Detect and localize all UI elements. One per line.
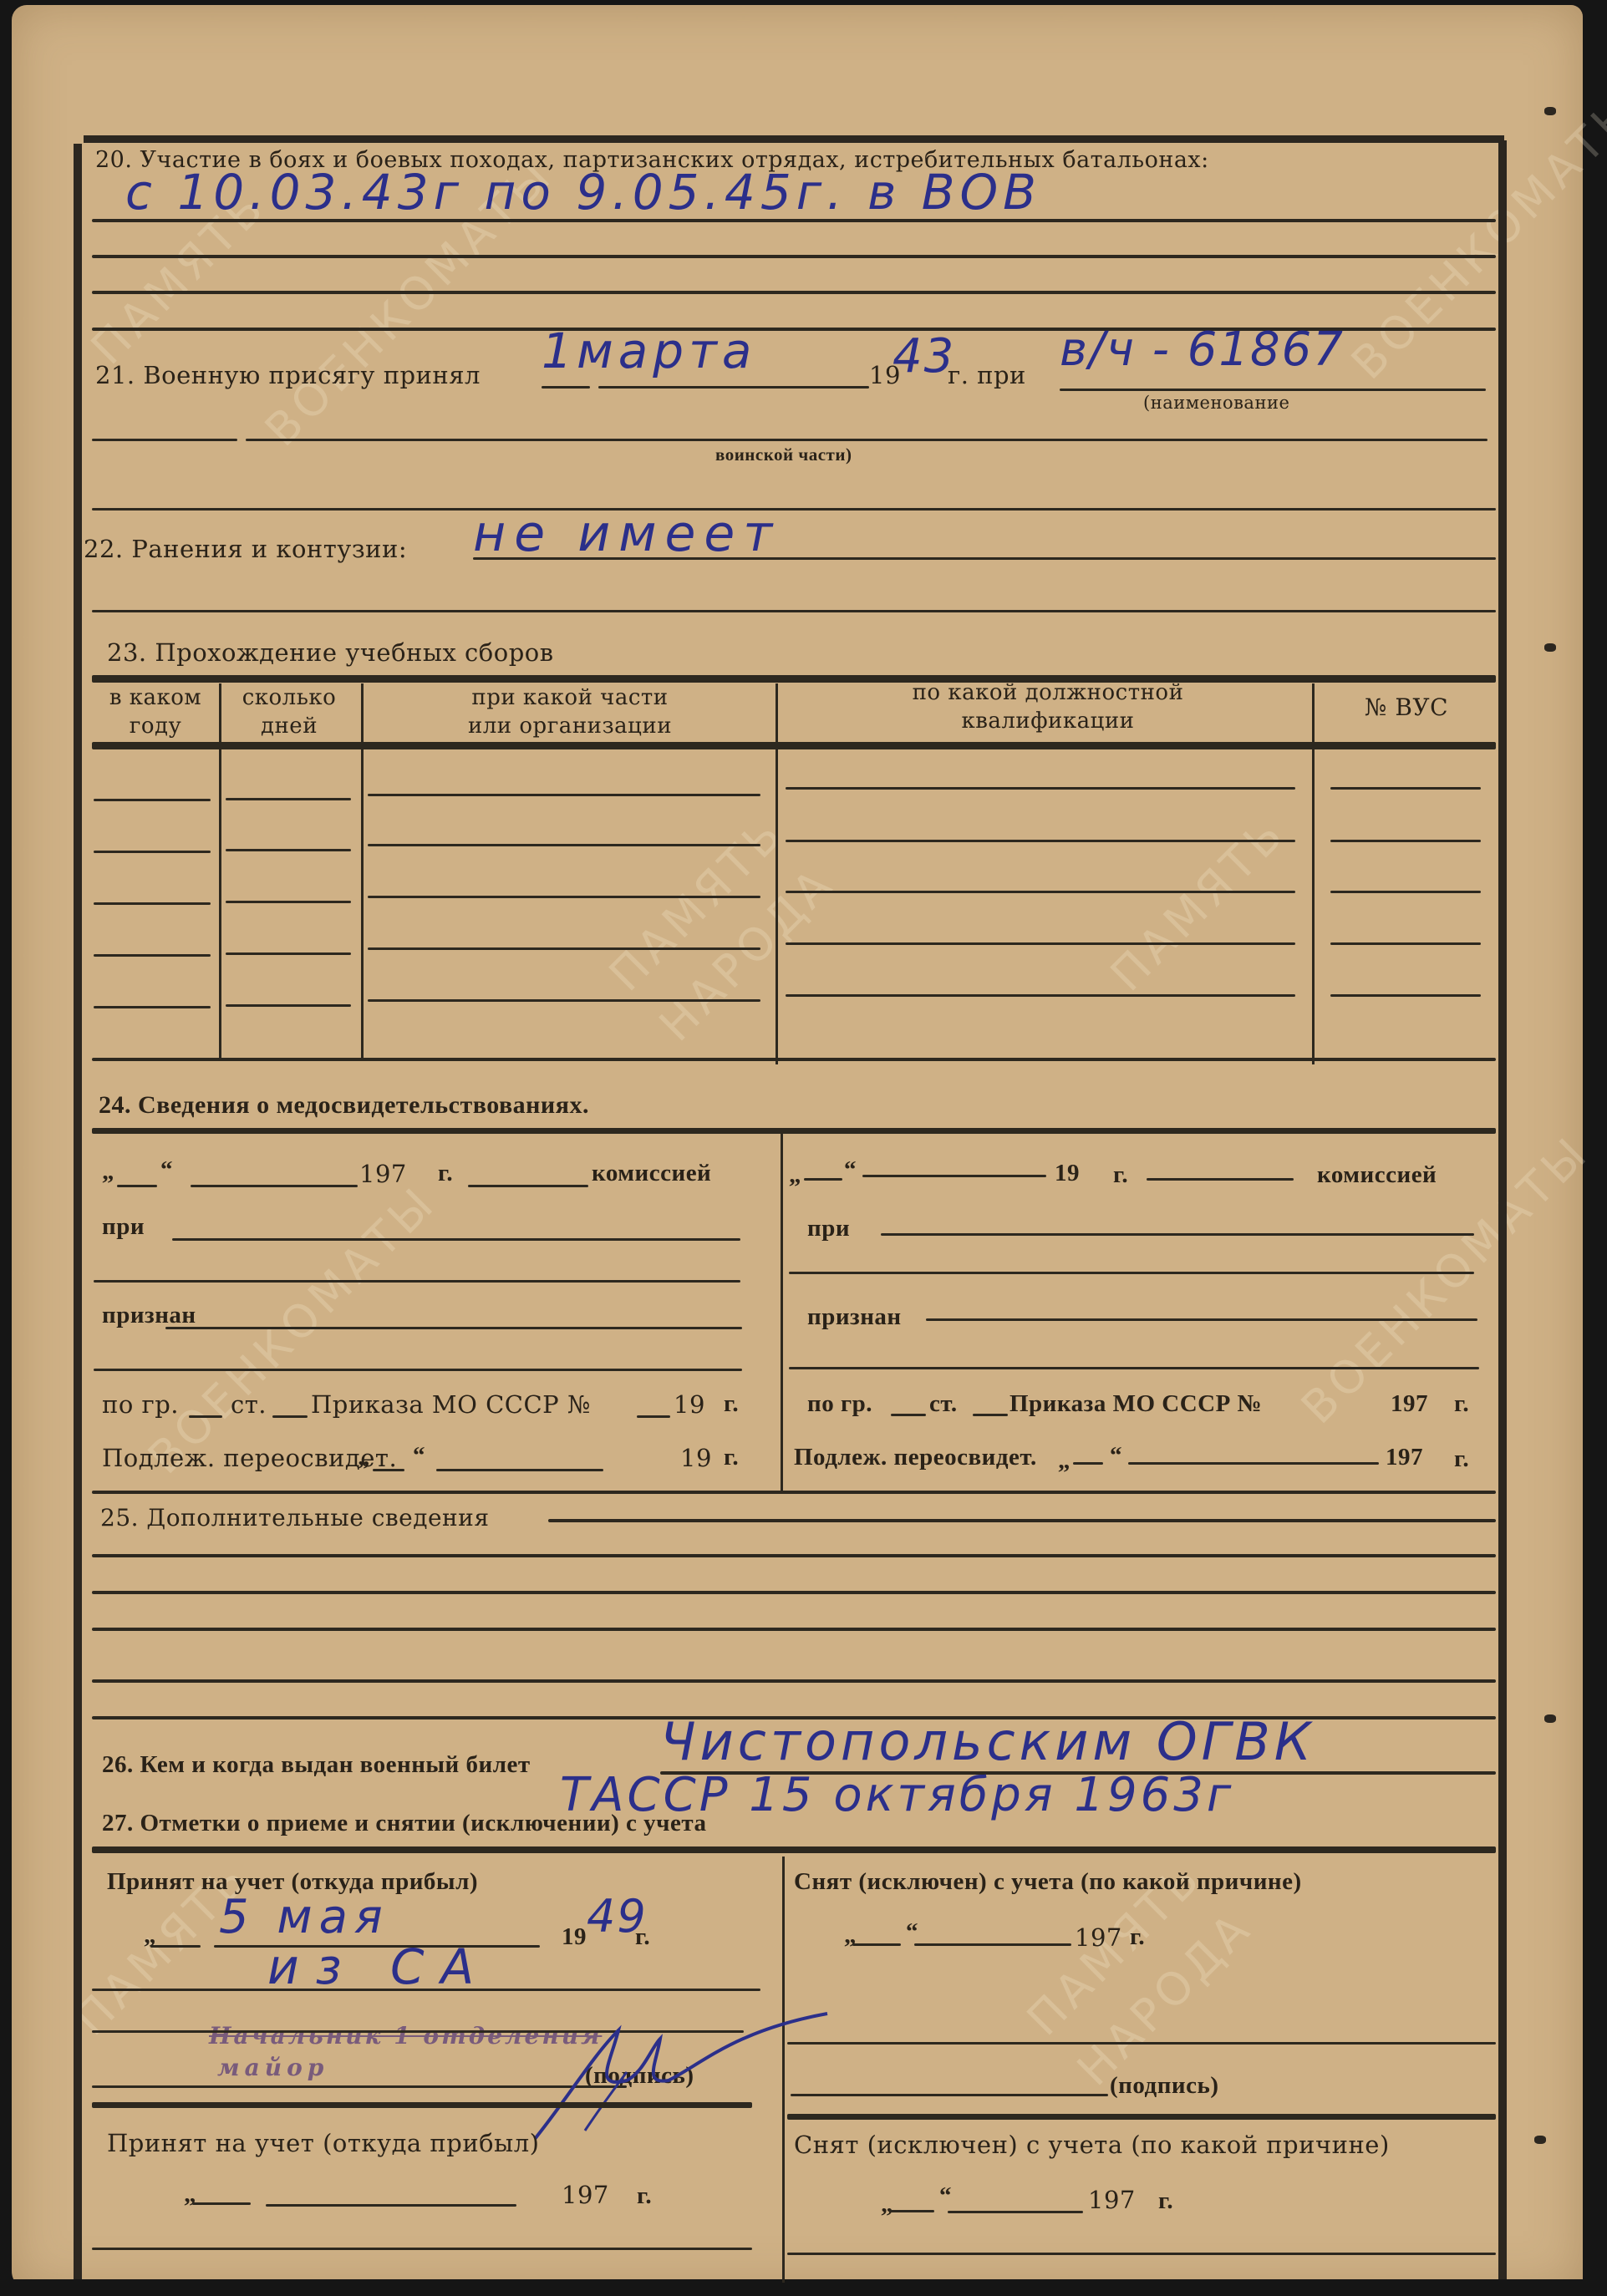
section-22-label: 22. Ранения и контузии: bbox=[84, 535, 407, 563]
column-divider bbox=[781, 1133, 783, 1492]
scan-bottom-edge bbox=[0, 2279, 1607, 2296]
fill-line bbox=[92, 2248, 752, 2250]
fill-line bbox=[92, 1989, 760, 1991]
article-field bbox=[272, 1415, 308, 1418]
rule-line bbox=[92, 1591, 1496, 1594]
signature-icon bbox=[518, 2005, 836, 2147]
table-row bbox=[94, 851, 211, 853]
month-field bbox=[948, 2211, 1083, 2213]
col-divider bbox=[776, 683, 778, 1064]
pri-field bbox=[881, 1233, 1474, 1236]
oath-day-handwritten: 1 bbox=[542, 323, 577, 379]
table-row bbox=[1330, 840, 1481, 842]
col-header-days: сколькодней bbox=[221, 683, 358, 740]
col-header-qualification: по какой должностнойквалификации bbox=[781, 678, 1315, 735]
table-row bbox=[226, 798, 351, 800]
section-20-handwritten: с 10.03.43г по 9.05.45г. в ВОВ bbox=[125, 164, 1041, 221]
block-divider bbox=[92, 2102, 752, 2108]
table-row bbox=[226, 849, 351, 851]
reexam-day-field bbox=[1073, 1462, 1103, 1465]
fill-line bbox=[92, 439, 237, 441]
table-row bbox=[786, 994, 1295, 997]
reexam-month-field bbox=[436, 1469, 603, 1471]
fill-line bbox=[787, 2042, 1496, 2045]
day-field bbox=[192, 2202, 251, 2205]
rule-line bbox=[92, 1679, 1496, 1683]
staple-mark bbox=[1544, 1714, 1556, 1723]
section-24-label: 24. Сведения о медосвидетельствованиях. bbox=[99, 1091, 589, 1120]
commission-field bbox=[1147, 1178, 1294, 1181]
table-row bbox=[94, 954, 211, 957]
section-25-label: 25. Дополнительные сведения bbox=[100, 1504, 490, 1532]
rule-line bbox=[92, 219, 1496, 222]
section-23-label: 23. Прохождение учебных сборов bbox=[107, 638, 554, 667]
month-field bbox=[862, 1175, 1046, 1177]
fill-line bbox=[542, 386, 590, 389]
day-field bbox=[804, 1178, 842, 1181]
month-field bbox=[191, 1185, 358, 1187]
section-21-label: 21. Военную присягу принял bbox=[95, 361, 481, 389]
col-header-vus: № ВУС bbox=[1319, 693, 1494, 721]
origin-handwritten: из СА bbox=[267, 1938, 491, 1995]
rule-line bbox=[92, 291, 1496, 294]
col-header-year: в какомгоду bbox=[94, 683, 217, 740]
table-row bbox=[94, 902, 211, 905]
day-field bbox=[889, 2210, 934, 2212]
fill-line bbox=[473, 557, 1496, 560]
table-row bbox=[94, 1006, 211, 1008]
group-field bbox=[189, 1415, 222, 1418]
pri-field bbox=[172, 1238, 740, 1241]
form-left-border bbox=[74, 144, 82, 2291]
table-row bbox=[1330, 994, 1481, 997]
table-row bbox=[1330, 787, 1481, 790]
table-row bbox=[786, 942, 1295, 945]
commission-field bbox=[468, 1185, 588, 1187]
accepted-date-handwritten: 5 мая bbox=[219, 1890, 389, 1944]
military-unit-handwritten: в/ч - 61867 bbox=[1060, 323, 1345, 377]
section-24-border bbox=[92, 1128, 1496, 1134]
table-row bbox=[1330, 942, 1481, 945]
col-divider bbox=[361, 683, 364, 1059]
col-divider bbox=[219, 683, 221, 1059]
col-header-unit: при какой частиили организации bbox=[363, 683, 777, 740]
military-id-issuer-handwritten: Чистопольским ОГВК bbox=[660, 1711, 1315, 1772]
priznan-field-2 bbox=[94, 1369, 742, 1371]
pri-field-2 bbox=[789, 1272, 1474, 1274]
fill-line bbox=[246, 439, 1487, 441]
table-row bbox=[226, 1004, 351, 1007]
unit-caption-1: (наименование bbox=[1143, 393, 1289, 413]
table-header-border bbox=[92, 742, 1496, 749]
rule-line bbox=[92, 1554, 1496, 1557]
month-field bbox=[914, 1943, 1071, 1946]
wounds-handwritten: не имеет bbox=[473, 505, 781, 563]
table-row bbox=[226, 901, 351, 903]
staple-mark bbox=[1544, 643, 1556, 652]
table-row bbox=[368, 794, 760, 796]
table-row bbox=[368, 844, 760, 846]
rule-line bbox=[548, 1519, 1496, 1522]
rule-line bbox=[92, 1628, 1496, 1631]
form-top-border bbox=[84, 135, 1504, 143]
table-row bbox=[368, 947, 760, 950]
signature-caption: (подпись) bbox=[1110, 2072, 1218, 2100]
table-row bbox=[1330, 891, 1481, 893]
oath-year-handwritten: 43 bbox=[892, 329, 955, 384]
rule-line bbox=[92, 255, 1496, 258]
reexam-month-field bbox=[1128, 1462, 1379, 1465]
month-field bbox=[266, 2204, 516, 2207]
article-field bbox=[973, 1414, 1008, 1416]
table-row bbox=[786, 840, 1295, 842]
table-row bbox=[94, 799, 211, 801]
document-sheet bbox=[12, 5, 1583, 2291]
pri-field-2 bbox=[94, 1280, 740, 1283]
fill-line bbox=[787, 2253, 1496, 2255]
table-row bbox=[786, 787, 1295, 790]
col-divider bbox=[1312, 683, 1315, 1064]
fill-line bbox=[1060, 389, 1486, 391]
section-26-label: 26. Кем и когда выдан военный билет bbox=[102, 1751, 531, 1779]
table-row bbox=[368, 999, 760, 1002]
table-row bbox=[226, 952, 351, 955]
rule-line bbox=[92, 508, 1496, 511]
group-field bbox=[891, 1414, 926, 1416]
rule-line bbox=[92, 610, 1496, 612]
signature-line bbox=[791, 2094, 1108, 2096]
form-right-border bbox=[1498, 140, 1507, 2296]
priznan-field bbox=[165, 1327, 742, 1329]
day-field bbox=[150, 1945, 201, 1948]
section-24-bottom-border bbox=[92, 1491, 1496, 1494]
day-field bbox=[852, 1943, 901, 1946]
block-divider bbox=[787, 2114, 1496, 2120]
priznan-field-2 bbox=[789, 1367, 1479, 1369]
section-27-label: 27. Отметки о приеме и снятии (исключени… bbox=[102, 1810, 707, 1837]
reexam-day-field bbox=[373, 1469, 404, 1471]
staple-mark bbox=[1544, 107, 1556, 115]
section-27-border bbox=[92, 1846, 1496, 1853]
stamp-rank: майор bbox=[217, 2054, 328, 2081]
order-number-field bbox=[637, 1415, 670, 1418]
day-field bbox=[117, 1185, 157, 1187]
table-row bbox=[368, 896, 760, 898]
fill-line bbox=[598, 386, 869, 389]
priznan-field bbox=[926, 1318, 1477, 1321]
table-row bbox=[786, 891, 1295, 893]
table-bottom-border bbox=[92, 1058, 1496, 1061]
staple-mark bbox=[1534, 2136, 1546, 2144]
oath-year-suffix: г. при bbox=[948, 361, 1026, 389]
unit-caption-2: воинской части) bbox=[715, 444, 852, 465]
oath-month-handwritten: марта bbox=[577, 323, 756, 379]
